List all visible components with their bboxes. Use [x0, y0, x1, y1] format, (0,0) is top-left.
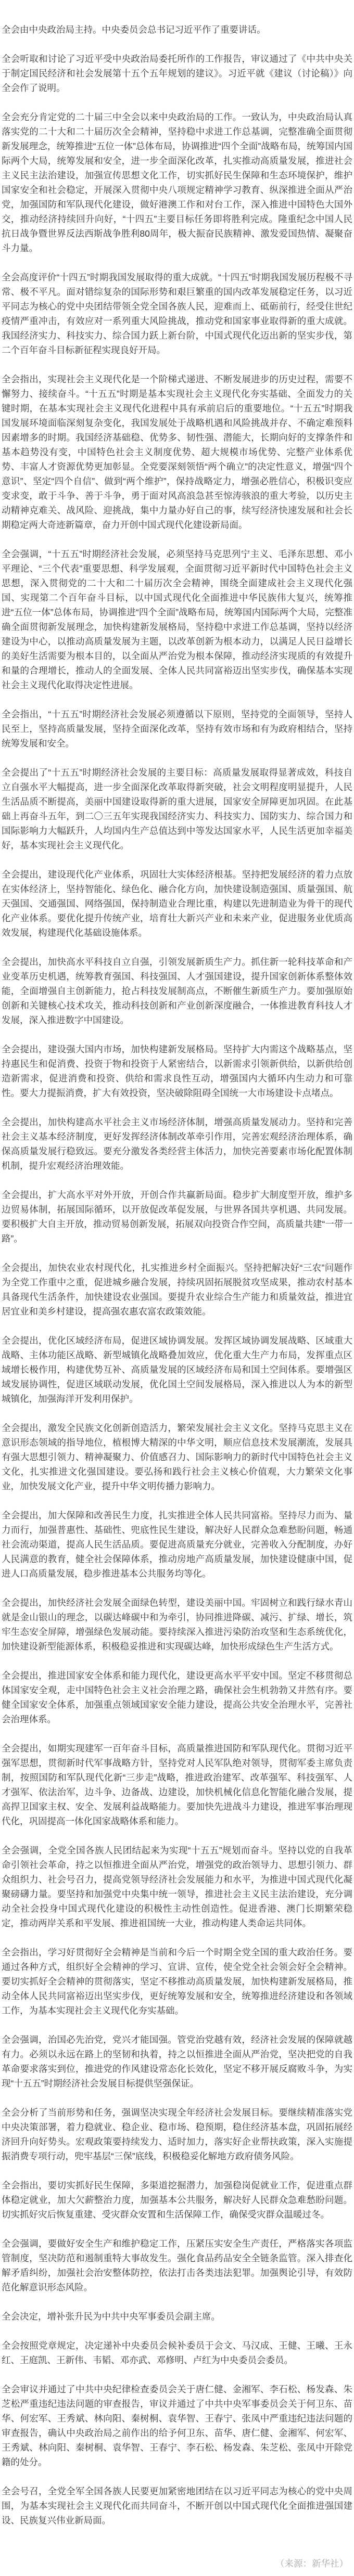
article-paragraph: 全会提出，加快高水平科技自立自强，引领发展新质生产力。抓住新一轮科技革命和产业变…	[2, 955, 352, 1027]
article-paragraph: 全会号召，全党全军全国各族人民要更加紧密地团结在以习近平同志为核心的党中央周围，…	[2, 2484, 352, 2528]
article-paragraph: 全会提出了“十五五”时期经济社会发展的主要目标：高质量发展取得显著成效，科技自立…	[2, 765, 352, 853]
article-paragraph: 全会提出，加大保障和改善民生力度，扎实推进全体人民共同富裕。坚持尽力而为、量力而…	[2, 1508, 352, 1581]
article-paragraph: 全会充分肯定党的二十届三中全会以来中央政治局的工作。一致认为，中央政治局认真落实…	[2, 110, 352, 255]
article-paragraph: 全会指出，学习好贯彻好全会精神是当前和今后一个时期全党全国的重大政治任务。要通过…	[2, 1945, 352, 2018]
article-paragraph: 全会决定，增补张升民为中共中央军事委员会副主席。	[2, 2309, 352, 2324]
article-paragraph: 全会强调，全党全国各族人民团结起来为实现“十五五”规划而奋斗。坚持以党的自我革命…	[2, 1843, 352, 1930]
article-paragraph: 全会听取和讨论了习近平受中央政治局委托所作的工作报告，审议通过了《中共中央关于制…	[2, 51, 352, 95]
article-paragraph: 全会强调，“十五五”时期经济社会发展，必须坚持马克思列宁主义、毛泽东思想、邓小平…	[2, 547, 352, 692]
source-attribution: （来源：新华社）	[2, 2556, 352, 2571]
article-paragraph: 全会强调，要做好安全生产和维护稳定工作，压紧压实安全生产责任，严格落实各项监管制…	[2, 2236, 352, 2295]
article-paragraph: 全会提出，建设现代化产业体系，巩固壮大实体经济根基。坚持把发展经济的着力点放在实…	[2, 867, 352, 940]
article-paragraph: 全会指出，要切实抓好民生保障，多渠道挖掘潜力，加强稳岗促就业工作，促进重点群体稳…	[2, 2178, 352, 2222]
article-paragraph: 全会指出，“十五五”时期经济社会发展必须遵循以下原则，坚持党的全面领导，坚持人民…	[2, 707, 352, 751]
article-body: 全会由中央政治局主持。中央委员会总书记习近平作了重要讲话。 全会听取和讨论了习近…	[0, 0, 354, 2576]
article-paragraph: 全会提出，优化区域经济布局，促进区域协调发展。发挥区域协调发展战略、区域重大战略…	[2, 1333, 352, 1406]
article-paragraph: 全会提出，激发全民族文化创新创造活力，繁荣发展社会主义文化。坚持马克思主义在意识…	[2, 1421, 352, 1493]
article-paragraph: 全会提出，加快经济社会发展全面绿色转型，建设美丽中国。牢固树立和践行绿水青山就是…	[2, 1595, 352, 1654]
article-paragraph: 全会提出，建设强大国内市场，加快构建新发展格局。坚持扩大内需这个战略基点，坚持惠…	[2, 1042, 352, 1100]
article-paragraph: 全会强调，治国必先治党，党兴才能国强。管党治党越有效，经济社会发展的保障就越有力…	[2, 2032, 352, 2091]
article-paragraph: 全会提出，如期实现建军一百年奋斗目标，高质量推进国防和军队现代化。贯彻习近平强军…	[2, 1741, 352, 1828]
article-paragraph: 全会提出，扩大高水平对外开放，开创合作共赢新局面。稳步扩大制度型开放，维护多边贸…	[2, 1188, 352, 1246]
article-paragraph: 全会提出，加快农业农村现代化，扎实推进乡村全面振兴。坚持把解决好“三农”问题作为…	[2, 1260, 352, 1319]
article-paragraph: 全会指出，实现社会主义现代化是一个阶梯式递进、不断发展进步的历史过程，需要不懈努…	[2, 372, 352, 532]
article-paragraph: 全会高度评价“十四五”时期我国发展取得的重大成就。“十四五”时期我国发展历程极不…	[2, 270, 352, 357]
article-paragraph: 全会审议并通过了中共中央纪律检查委员会关于唐仁健、金湘军、李石松、杨发森、朱芝松…	[2, 2382, 352, 2469]
article-paragraph: 全会提出，加快构建高水平社会主义市场经济体制，增强高质量发展动力。坚持和完善社会…	[2, 1115, 352, 1173]
article-paragraph: 全会提出，推进国家安全体系和能力现代化，建设更高水平平安中国。坚定不移贯彻总体国…	[2, 1668, 352, 1727]
article-paragraph: 全会由中央政治局主持。中央委员会总书记习近平作了重要讲话。	[2, 22, 352, 37]
article-paragraph: 全会分析了当前形势和任务，强调坚决实现全年经济社会发展目标。要继续精准落实党中央…	[2, 2105, 352, 2163]
article-paragraph: 全会按照党章规定，决定递补中央委员会候补委员于会文、马汉成、王健、王曦、王永红、…	[2, 2338, 352, 2367]
